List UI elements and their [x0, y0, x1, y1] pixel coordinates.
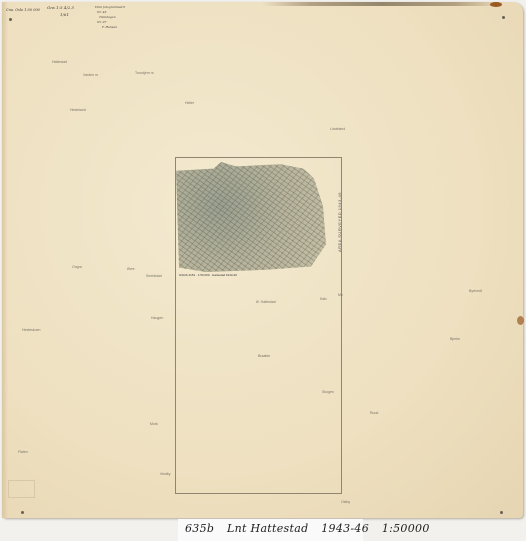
- margin-note: Braaten: [258, 354, 270, 358]
- margin-note: Ruud: [370, 411, 378, 415]
- sheet-edge: [2, 2, 8, 518]
- margin-note: Hattestad: [52, 60, 67, 64]
- margin-note: Ostby: [341, 500, 350, 504]
- margin-note: Smedstad: [146, 274, 162, 278]
- header-note-right-2: Nr. 43: [97, 10, 106, 14]
- sheet-title: 635b Lnt Hattestad 1943-46 1:50000: [185, 522, 430, 535]
- pin-hole: [500, 511, 503, 514]
- margin-note: Skogen: [322, 390, 334, 394]
- margin-note: Mo: [338, 293, 343, 297]
- frame-tick: [267, 157, 320, 158]
- header-note-right-1: Vinn fotogrammetri: [95, 5, 125, 9]
- pin-hole: [9, 18, 12, 21]
- stain: [517, 316, 524, 325]
- map-side-label: AREA SURVEYED 1943-46: [337, 192, 342, 252]
- sheet-scale: 1:50000: [382, 522, 430, 535]
- margin-note: Varden nr: [83, 73, 98, 77]
- margin-note: Hesteland: [70, 108, 86, 112]
- margin-note: Lindeland: [330, 127, 345, 131]
- margin-note: Ø. Hattestad: [256, 300, 276, 304]
- map-caption: GSGS 4151 · 1:50 000 · Hattestad 1943-46: [179, 273, 237, 277]
- header-note-center-sub: 1/61: [60, 12, 69, 17]
- header-note-right-3: Trøndagen: [99, 15, 116, 19]
- margin-note: Heller: [185, 101, 194, 105]
- margin-note: Byrtvedt: [469, 289, 482, 293]
- margin-note: Øvre: [127, 267, 135, 271]
- margin-note: Hesteskoen: [22, 328, 40, 332]
- sheet-number: 635b: [185, 522, 214, 535]
- header-note-right-4: Nr. 07: [97, 20, 106, 24]
- stain: [490, 2, 502, 7]
- margin-note: Haugen: [151, 316, 163, 320]
- pin-hole: [502, 16, 505, 19]
- margin-note: Vestby: [160, 472, 171, 476]
- header-note-left: Cna. Oslo 1:50 000: [6, 8, 40, 12]
- margin-note: Trondjem nr: [135, 71, 154, 75]
- header-note-center: Gns 1:5 4/2.5: [47, 5, 74, 10]
- faded-stamp: [8, 480, 35, 498]
- map-sheet: Cna. Oslo 1:50 000 Gns 1:5 4/2.5 1/61 Vi…: [2, 2, 523, 518]
- top-edge-damage: [262, 2, 502, 6]
- margin-note: Ongra: [72, 265, 82, 269]
- header-note-right-5: F. Hansen: [102, 25, 117, 29]
- pin-hole: [21, 511, 24, 514]
- margin-note: Flaten: [18, 450, 28, 454]
- topographic-map-fragment: [176, 162, 326, 272]
- margin-note: Mork: [150, 422, 158, 426]
- margin-note: Kalv: [320, 297, 327, 301]
- sheet-years: 1943-46: [321, 522, 369, 535]
- margin-note: Bjerke: [450, 337, 460, 341]
- sheet-name: Lnt Hattestad: [227, 522, 308, 535]
